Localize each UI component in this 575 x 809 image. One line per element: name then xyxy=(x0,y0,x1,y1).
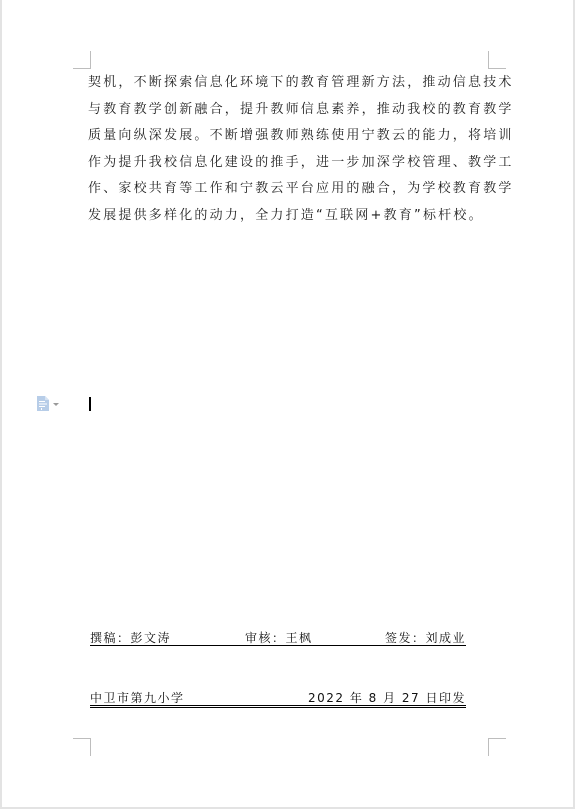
margin-corner-bottom-left xyxy=(73,738,91,756)
paragraph-options-button[interactable] xyxy=(37,396,59,411)
body-line: 作、家校共育等工作和宁教云平台应用的融合，为学校教育教学 xyxy=(88,176,492,203)
body-line: 契机，不断探索信息化环境下的教育管理新方法，推动信息技术 xyxy=(88,70,492,97)
drafter: 撰稿：彭文涛 xyxy=(90,629,171,646)
document-page[interactable]: 契机，不断探索信息化环境下的教育管理新方法，推动信息技术 与教育教学创新融合，提… xyxy=(2,0,573,807)
body-line: 质量向纵深发展。不断增强教师熟练使用宁教云的能力，将培训 xyxy=(88,123,492,150)
issuing-footer-line: 中卫市第九小学 2022 年 8 月 27 日印发 xyxy=(90,689,466,708)
body-paragraph[interactable]: 契机，不断探索信息化环境下的教育管理新方法，推动信息技术 与教育教学创新融合，提… xyxy=(88,70,492,229)
chevron-down-icon xyxy=(53,403,59,406)
body-line: 作为提升我校信息化建设的推手，进一步加深学校管理、教学工 xyxy=(88,150,492,177)
margin-corner-top-left xyxy=(73,51,91,69)
issuing-school: 中卫市第九小学 xyxy=(90,689,185,706)
text-cursor xyxy=(89,397,91,411)
body-line: 发展提供多样化的动力，全力打造“互联网+教育”标杆校。 xyxy=(88,203,492,230)
document-icon xyxy=(37,396,49,411)
body-line: 与教育教学创新融合，提升教师信息素养，推动我校的教育教学 xyxy=(88,97,492,124)
issuer: 签发：刘成业 xyxy=(385,629,466,646)
issue-date: 2022 年 8 月 27 日印发 xyxy=(308,689,466,706)
reviewer: 审核：王枫 xyxy=(245,629,313,646)
margin-corner-bottom-right xyxy=(488,738,506,756)
margin-corner-top-right xyxy=(488,51,506,69)
signature-line: 撰稿：彭文涛 审核：王枫 签发：刘成业 xyxy=(90,629,466,646)
